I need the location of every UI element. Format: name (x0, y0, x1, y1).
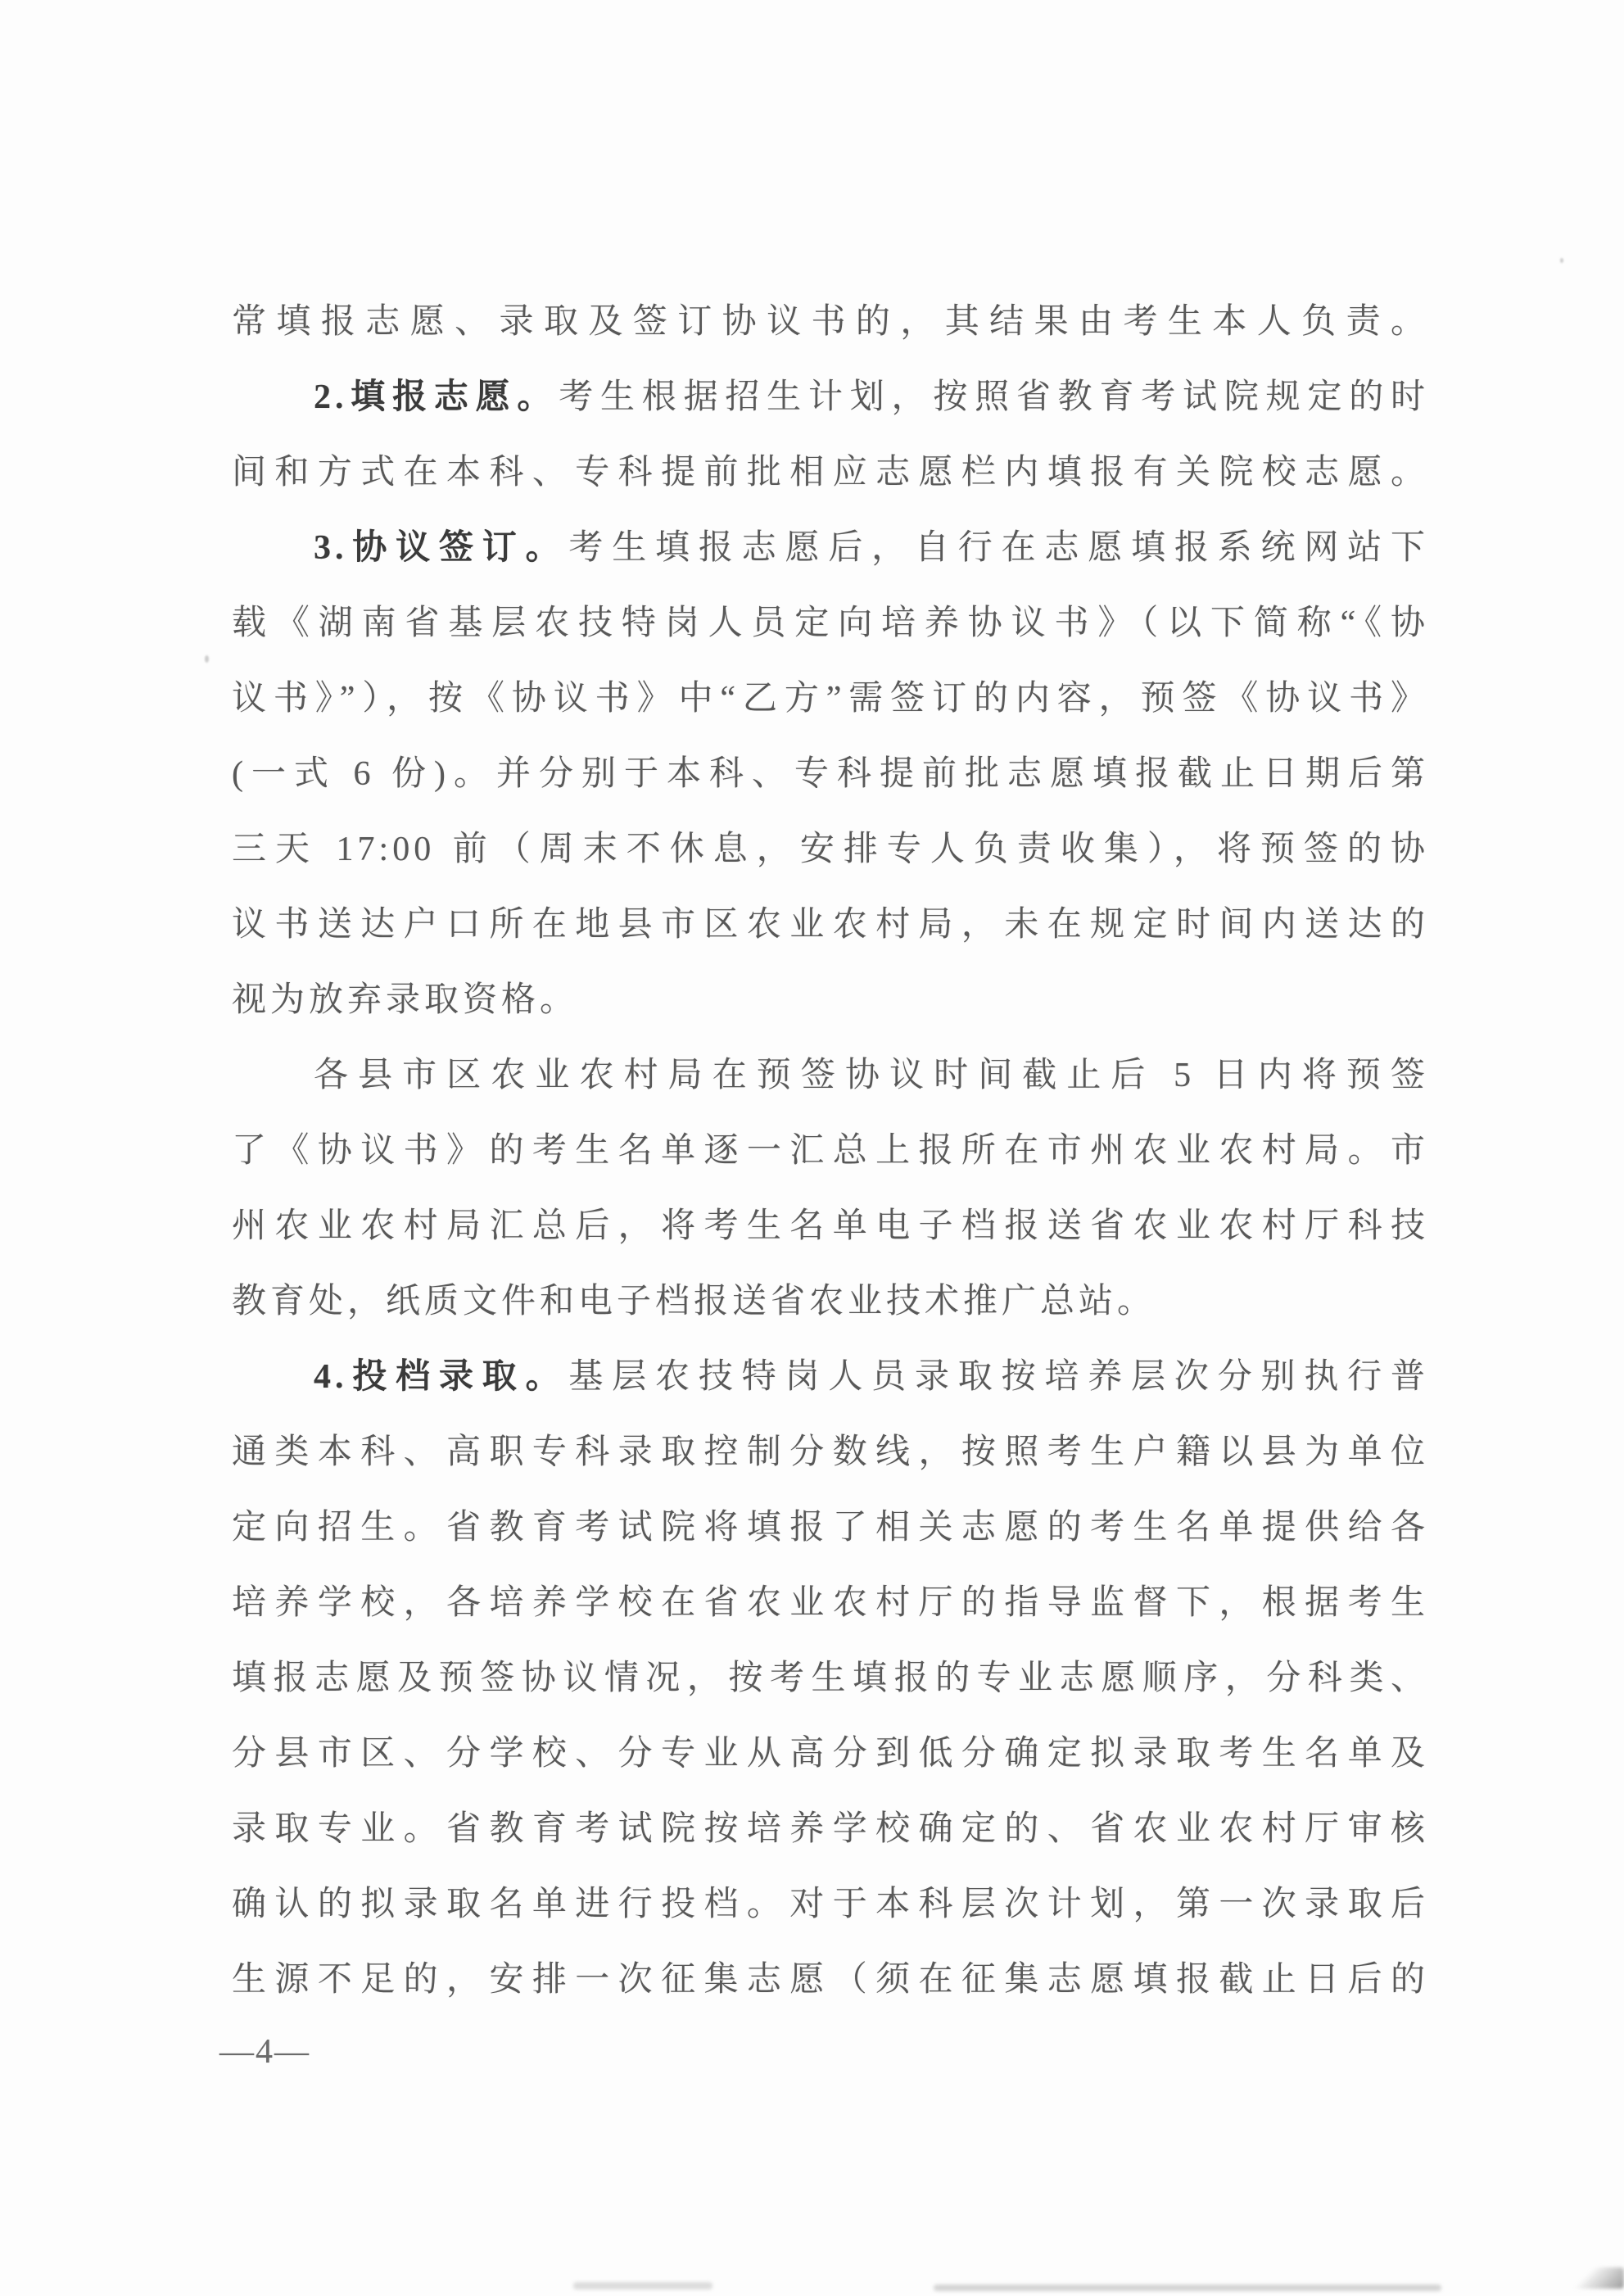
text-line: 录取专业。省教育考试院按培养学校确定的、省农业农村厅审核 (232, 1791, 1429, 1867)
scan-artifact (934, 2285, 1441, 2291)
text-line: 议书》”），按《协议书》中“乙方”需签订的内容，预签《协议书》 (232, 661, 1429, 736)
line-text: 三天 17:00 前（周末不休息，安排专人负责收集），将预签的协 (232, 831, 1429, 868)
line-text: 录取专业。省教育考试院按培养学校确定的、省农业农村厅审核 (232, 1810, 1429, 1848)
line-text: 考生根据招生计划，按照省教育考试院规定的时 (559, 378, 1429, 416)
text-line: 载《湖南省基层农技特岗人员定向培养协议书》（以下简称“《协 (232, 586, 1429, 661)
line-text: 分县市区、分学校、分专业从高分到低分确定拟录取考生名单及 (232, 1735, 1429, 1773)
line-text: 常填报志愿、录取及签订协议书的，其结果由考生本人负责。 (232, 303, 1429, 341)
text-line: 确认的拟录取名单进行投档。对于本科层次计划，第一次录取后 (232, 1867, 1429, 1942)
line-text: 生源不足的，安排一次征集志愿（须在征集志愿填报截止日后的 (232, 1961, 1429, 1999)
line-text: 了《协议书》的考生名单逐一汇总上报所在市州农业农村局。市 (232, 1132, 1429, 1170)
scan-artifact (205, 655, 209, 663)
text-line: 4.投档录取。基层农技特岗人员录取按培养层次分别执行普 (232, 1339, 1429, 1415)
scan-artifact (1560, 258, 1563, 263)
line-text: 基层农技特岗人员录取按培养层次分别执行普 (568, 1358, 1429, 1396)
scan-artifact (573, 2282, 712, 2289)
line-text: 填报志愿及预签协议情况，按考生填报的专业志愿顺序，分科类、 (232, 1660, 1429, 1697)
text-line: 议书送达户口所在地县市区农业农村局，未在规定时间内送达的 (232, 887, 1429, 962)
text-line: 三天 17:00 前（周末不休息，安排专人负责收集），将预签的协 (232, 812, 1429, 887)
text-line: 填报志愿及预签协议情况，按考生填报的专业志愿顺序，分科类、 (232, 1641, 1429, 1716)
document-page: 常填报志愿、录取及签订协议书的，其结果由考生本人负责。 2.填报志愿。考生根据招… (0, 0, 1624, 2296)
scan-artifact (1558, 2267, 1624, 2289)
text-line: 生源不足的，安排一次征集志愿（须在征集志愿填报截止日后的 (232, 1942, 1429, 2017)
text-line: (一式 6 份)。并分别于本科、专科提前批志愿填报截止日期后第 (232, 736, 1429, 812)
line-text: 培养学校，各培养学校在省农业农村厅的指导监督下，根据考生 (232, 1584, 1429, 1622)
line-text: 州农业农村局汇总后，将考生名单电子档报送省农业农村厅科技 (232, 1207, 1429, 1245)
paragraph-heading: 4.投档录取。 (314, 1358, 568, 1396)
text-line: 州农业农村局汇总后，将考生名单电子档报送省农业农村厅科技 (232, 1189, 1429, 1264)
document-text-block: 常填报志愿、录取及签订协议书的，其结果由考生本人负责。 2.填报志愿。考生根据招… (232, 284, 1429, 2017)
text-line: 教育处，纸质文件和电子档报送省农业技术推广总站。 (232, 1264, 1429, 1339)
page-number: —4— (219, 2014, 310, 2090)
line-text: 间和方式在本科、专科提前批相应志愿栏内填报有关院校志愿。 (232, 454, 1429, 491)
text-line: 常填报志愿、录取及签订协议书的，其结果由考生本人负责。 (232, 284, 1429, 360)
line-text: 议书》”），按《协议书》中“乙方”需签订的内容，预签《协议书》 (232, 680, 1429, 718)
paragraph-heading: 3.协议签订。 (314, 529, 568, 567)
text-line: 间和方式在本科、专科提前批相应志愿栏内填报有关院校志愿。 (232, 435, 1429, 510)
paragraph-heading: 2.填报志愿。 (314, 378, 559, 416)
text-line: 定向招生。省教育考试院将填报了相关志愿的考生名单提供给各 (232, 1490, 1429, 1565)
text-line: 各县市区农业农村局在预签协议时间截止后 5 日内将预签 (232, 1038, 1429, 1113)
text-line: 了《协议书》的考生名单逐一汇总上报所在市州农业农村局。市 (232, 1113, 1429, 1189)
line-text: 定向招生。省教育考试院将填报了相关志愿的考生名单提供给各 (232, 1509, 1429, 1547)
line-text: (一式 6 份)。并分别于本科、专科提前批志愿填报截止日期后第 (232, 755, 1429, 793)
text-line: 培养学校，各培养学校在省农业农村厅的指导监督下，根据考生 (232, 1565, 1429, 1641)
line-text: 各县市区农业农村局在预签协议时间截止后 5 日内将预签 (314, 1057, 1429, 1094)
line-text: 通类本科、高职专科录取控制分数线，按照考生户籍以县为单位 (232, 1433, 1429, 1471)
text-line: 2.填报志愿。考生根据招生计划，按照省教育考试院规定的时 (232, 360, 1429, 435)
line-text: 载《湖南省基层农技特岗人员定向培养协议书》（以下简称“《协 (232, 605, 1429, 642)
line-text: 确认的拟录取名单进行投档。对于本科层次计划，第一次录取后 (232, 1886, 1429, 1923)
text-line: 视为放弃录取资格。 (232, 962, 1429, 1038)
line-text: 议书送达户口所在地县市区农业农村局，未在规定时间内送达的 (232, 906, 1429, 944)
line-text: 考生填报志愿后，自行在志愿填报系统网站下 (568, 529, 1429, 567)
line-text: 视为放弃录取资格。 (232, 981, 578, 1019)
line-text: 教育处，纸质文件和电子档报送省农业技术推广总站。 (232, 1283, 1156, 1320)
text-line: 分县市区、分学校、分专业从高分到低分确定拟录取考生名单及 (232, 1716, 1429, 1791)
text-line: 3.协议签订。考生填报志愿后，自行在志愿填报系统网站下 (232, 510, 1429, 586)
text-line: 通类本科、高职专科录取控制分数线，按照考生户籍以县为单位 (232, 1415, 1429, 1490)
